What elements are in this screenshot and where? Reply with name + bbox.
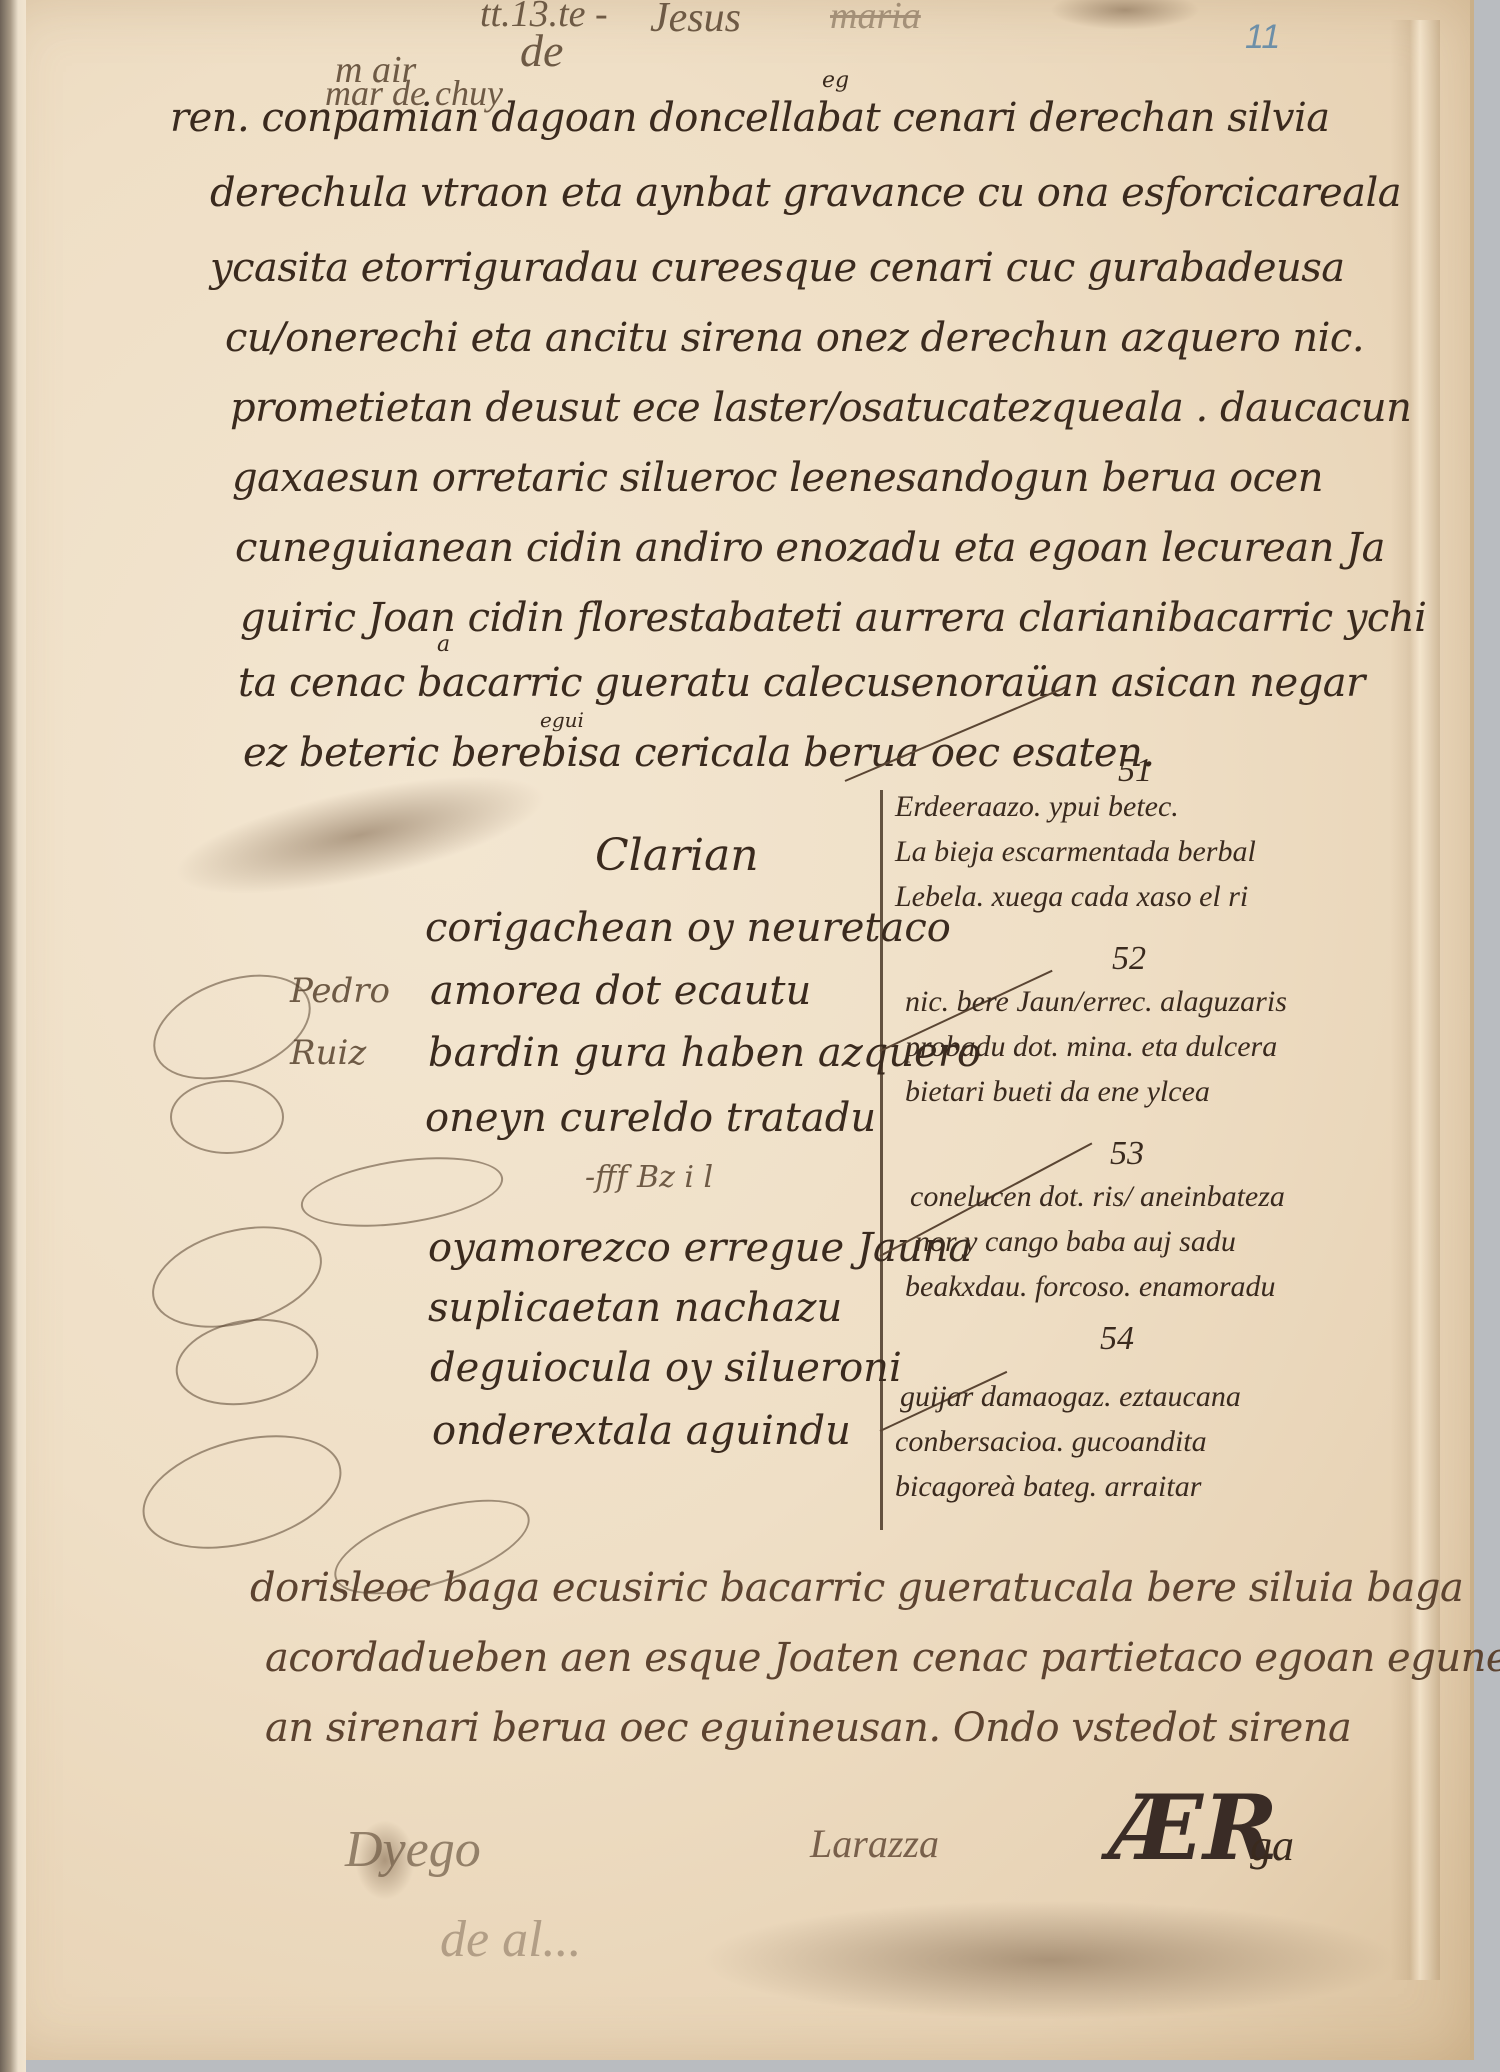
main-text-line-9: ta cenac bacarric gueratu calecusenoraüa… bbox=[238, 660, 1365, 706]
gloss-51-line-3: Lebela. xuega cada xaso el ri bbox=[895, 880, 1248, 914]
insertion-egui: egui bbox=[540, 708, 584, 732]
closing-text-line-2: acordadueben aen esque Joaten cenac part… bbox=[265, 1635, 1500, 1681]
main-text-line-5: prometietan deusut ece laster/osatucatez… bbox=[230, 385, 1411, 431]
gloss-52-line-1: nic. bere Jaun/errec. alaguzaris bbox=[905, 985, 1287, 1019]
gloss-52-line-2: probadu dot. mina. eta dulcera bbox=[905, 1030, 1277, 1064]
ink-smudge bbox=[165, 751, 555, 918]
verse-line-4: oneyn cureldo tratadu bbox=[425, 1095, 876, 1141]
signature-mid: Larazza bbox=[810, 1820, 939, 1867]
closing-text-line-3: an sirenari berua oec eguineusan. Ondo v… bbox=[265, 1705, 1351, 1751]
insertion-a: a bbox=[437, 632, 450, 657]
margin-note-3: de bbox=[520, 24, 563, 77]
main-text-line-8: guiric Joan cidin florestabateti aurrera… bbox=[240, 595, 1426, 641]
gloss-54-line-3: bicagoreà bateg. arraitar bbox=[895, 1470, 1201, 1504]
signature-faint-below: de al... bbox=[440, 1910, 582, 1969]
verse-heading: Clarian bbox=[595, 830, 759, 881]
header-crossed-word: maria bbox=[830, 0, 921, 38]
pen-flourish bbox=[170, 1080, 284, 1154]
verse-line-7: deguiocula oy silueroni bbox=[430, 1345, 902, 1391]
column-divider bbox=[880, 790, 883, 1530]
gloss-51-line-2: La bieja escarmentada berbal bbox=[895, 835, 1256, 869]
insertion-eg: eg bbox=[822, 68, 849, 93]
gloss-number-51: 51 bbox=[1118, 752, 1152, 790]
gloss-53-line-2: nor y cango baba auj sadu bbox=[915, 1225, 1236, 1259]
main-text-line-1: ren. conpamian dagoan doncellabat cenari… bbox=[170, 95, 1330, 141]
monogram-suffix: ga bbox=[1250, 1820, 1294, 1871]
verse-crossed-mark: -fff Bz i l bbox=[585, 1160, 713, 1195]
gloss-54-line-1: guijar damaogaz. eztaucana bbox=[900, 1380, 1241, 1414]
gloss-51-line-1: Erdeeraazo. ypui betec. bbox=[895, 790, 1179, 824]
verse-line-8: onderextala aguindu bbox=[432, 1408, 851, 1454]
closing-text-line-1: dorisleoc baga ecusiric bacarric gueratu… bbox=[250, 1565, 1463, 1611]
binding-edge bbox=[0, 0, 26, 2072]
bottom-smudge bbox=[700, 1900, 1400, 2020]
page-fold bbox=[1390, 20, 1440, 1980]
main-text-line-2: derechula vtraon eta aynbat gravance cu … bbox=[210, 170, 1401, 216]
pen-flourish bbox=[130, 1415, 354, 1568]
main-text-line-7: cuneguianean cidin andiro enozadu eta eg… bbox=[235, 525, 1385, 571]
main-text-line-6: gaxaesun orretaric silueroc leenesandogu… bbox=[232, 455, 1323, 501]
gloss-number-52: 52 bbox=[1112, 940, 1146, 978]
gloss-54-line-2: conbersacioa. gucoandita bbox=[895, 1425, 1207, 1459]
signature-left: Dyego bbox=[345, 1820, 481, 1879]
manuscript-page: tt.13.te - Jesus maria 11 m air de mar d… bbox=[0, 0, 1474, 2060]
main-text-line-10: ez beteric berebisa cericala berua oec e… bbox=[243, 730, 1155, 776]
main-text-line-3: ycasita etorriguradau cureesque cenari c… bbox=[210, 245, 1345, 291]
folio-number: 11 bbox=[1245, 18, 1280, 57]
verse-line-6: suplicaetan nachazu bbox=[428, 1285, 842, 1331]
verse-line-3: bardin gura haben azquero bbox=[428, 1030, 981, 1076]
verse-line-2: amorea dot ecautu bbox=[430, 968, 811, 1014]
gloss-52-line-3: bietari bueti da ene ylcea bbox=[905, 1075, 1210, 1109]
gloss-53-line-3: beakxdau. forcoso. enamoradu bbox=[905, 1270, 1276, 1304]
header-jesus: Jesus bbox=[650, 0, 741, 42]
gloss-number-53: 53 bbox=[1110, 1135, 1144, 1173]
gloss-53-line-1: conelucen dot. ris/ aneinbateza bbox=[910, 1180, 1285, 1214]
gloss-number-54: 54 bbox=[1100, 1320, 1134, 1358]
main-text-line-4: cu/onerechi eta ancitu sirena onez derec… bbox=[225, 315, 1364, 361]
verse-line-1: corigachean oy neuretaco bbox=[425, 905, 951, 951]
ink-blot bbox=[1050, 0, 1200, 30]
